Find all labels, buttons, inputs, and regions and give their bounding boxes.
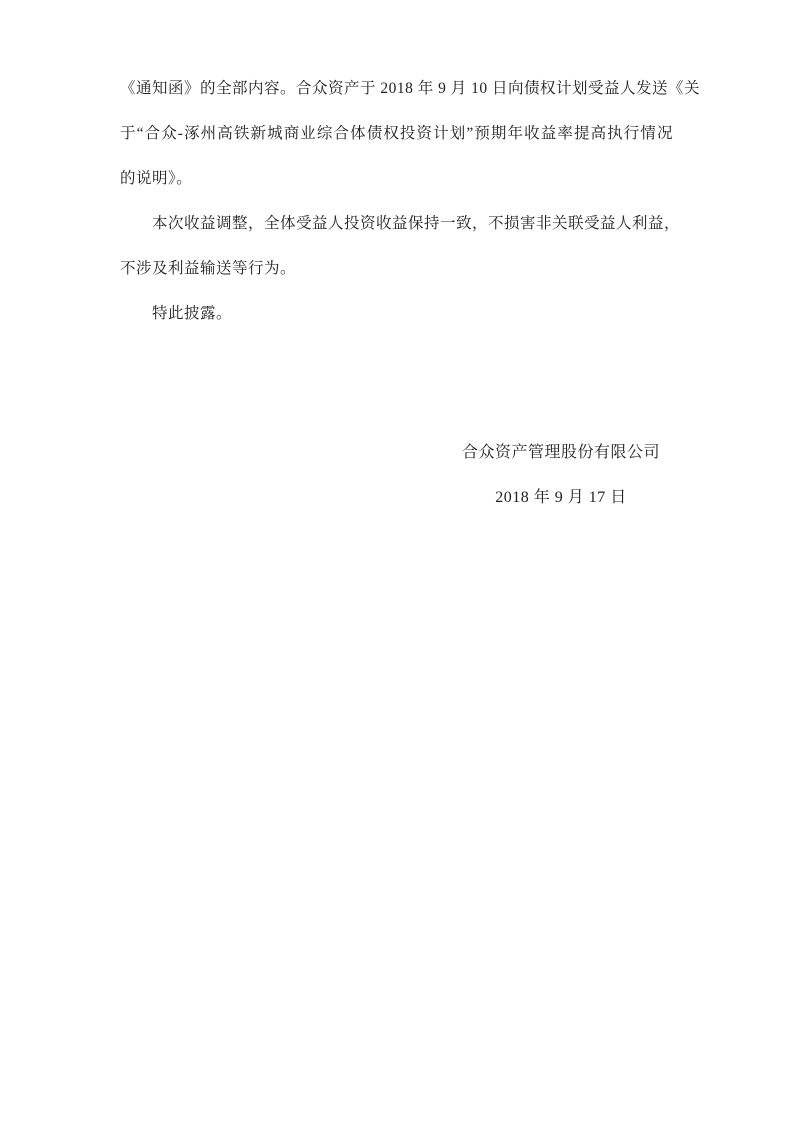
paragraph-3-line-1: 特此披露。 xyxy=(120,291,673,336)
signature-block: 合众资产管理股份有限公司 2018 年 9 月 17 日 xyxy=(378,430,744,520)
document-body: 《通知函》的全部内容。合众资产于 2018 年 9 月 10 日向债权计划受益人… xyxy=(120,66,673,336)
paragraph-2-line-1: 本次收益调整，全体受益人投资收益保持一致，不损害非关联受益人利益， xyxy=(120,201,673,246)
signature-company-name: 合众资产管理股份有限公司 xyxy=(378,430,744,475)
paragraph-1-line-3: 的说明》。 xyxy=(120,156,673,201)
paragraph-1-line-1: 《通知函》的全部内容。合众资产于 2018 年 9 月 10 日向债权计划受益人… xyxy=(120,66,673,111)
document-page: 《通知函》的全部内容。合众资产于 2018 年 9 月 10 日向债权计划受益人… xyxy=(0,0,793,1122)
paragraph-1-line-2: 于“合众-涿州高铁新城商业综合体债权投资计划”预期年收益率提高执行情况 xyxy=(120,111,673,156)
signature-date: 2018 年 9 月 17 日 xyxy=(378,475,744,520)
paragraph-2-line-2: 不涉及利益输送等行为。 xyxy=(120,246,673,291)
